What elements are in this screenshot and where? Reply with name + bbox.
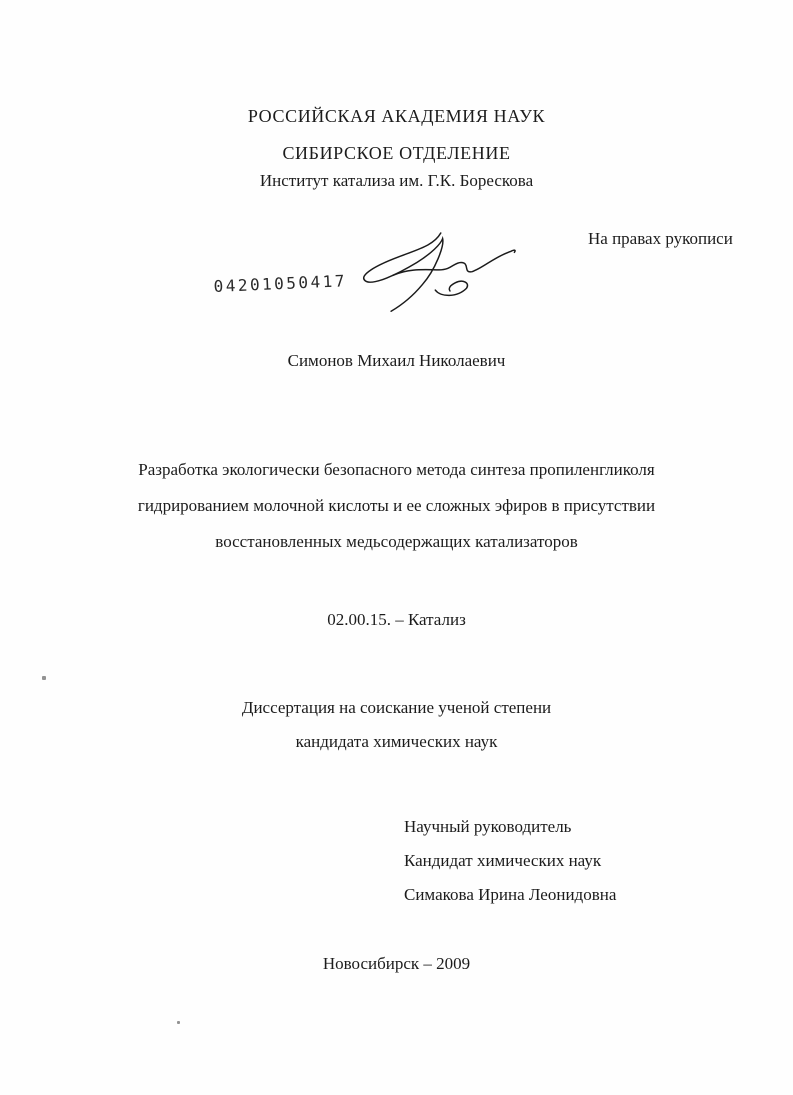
manuscript-rights-note: На правах рукописи xyxy=(588,229,733,249)
degree-statement-line-1: Диссертация на соискание ученой степени xyxy=(0,698,793,718)
handwritten-signature-icon xyxy=(345,222,520,314)
supervisor-role: Научный руководитель xyxy=(404,810,616,844)
supervisor-block: Научный руководитель Кандидат химических… xyxy=(404,810,616,912)
dissertation-title-line-3: восстановленных медьсодержащих катализат… xyxy=(0,532,793,552)
registration-number-stamp: 04201050417 xyxy=(213,271,347,296)
institute-name: Институт катализа им. Г.К. Борескова xyxy=(0,171,793,191)
specialty-code: 02.00.15. – Катализ xyxy=(0,610,793,630)
author-name: Симонов Михаил Николаевич xyxy=(0,351,793,371)
dissertation-title-page: РОССИЙСКАЯ АКАДЕМИЯ НАУК СИБИРСКОЕ ОТДЕЛ… xyxy=(0,0,793,1095)
dissertation-title-line-2: гидрированием молочной кислоты и ее слож… xyxy=(0,496,793,516)
scan-speck xyxy=(177,1021,180,1024)
dissertation-title-line-1: Разработка экологически безопасного мето… xyxy=(0,460,793,480)
supervisor-name: Симакова Ирина Леонидовна xyxy=(404,878,616,912)
degree-statement-line-2: кандидата химических наук xyxy=(0,732,793,752)
scan-speck xyxy=(42,676,46,680)
supervisor-degree: Кандидат химических наук xyxy=(404,844,616,878)
city-year: Новосибирск – 2009 xyxy=(0,954,793,974)
branch-name: СИБИРСКОЕ ОТДЕЛЕНИЕ xyxy=(0,143,793,164)
academy-name: РОССИЙСКАЯ АКАДЕМИЯ НАУК xyxy=(0,106,793,127)
